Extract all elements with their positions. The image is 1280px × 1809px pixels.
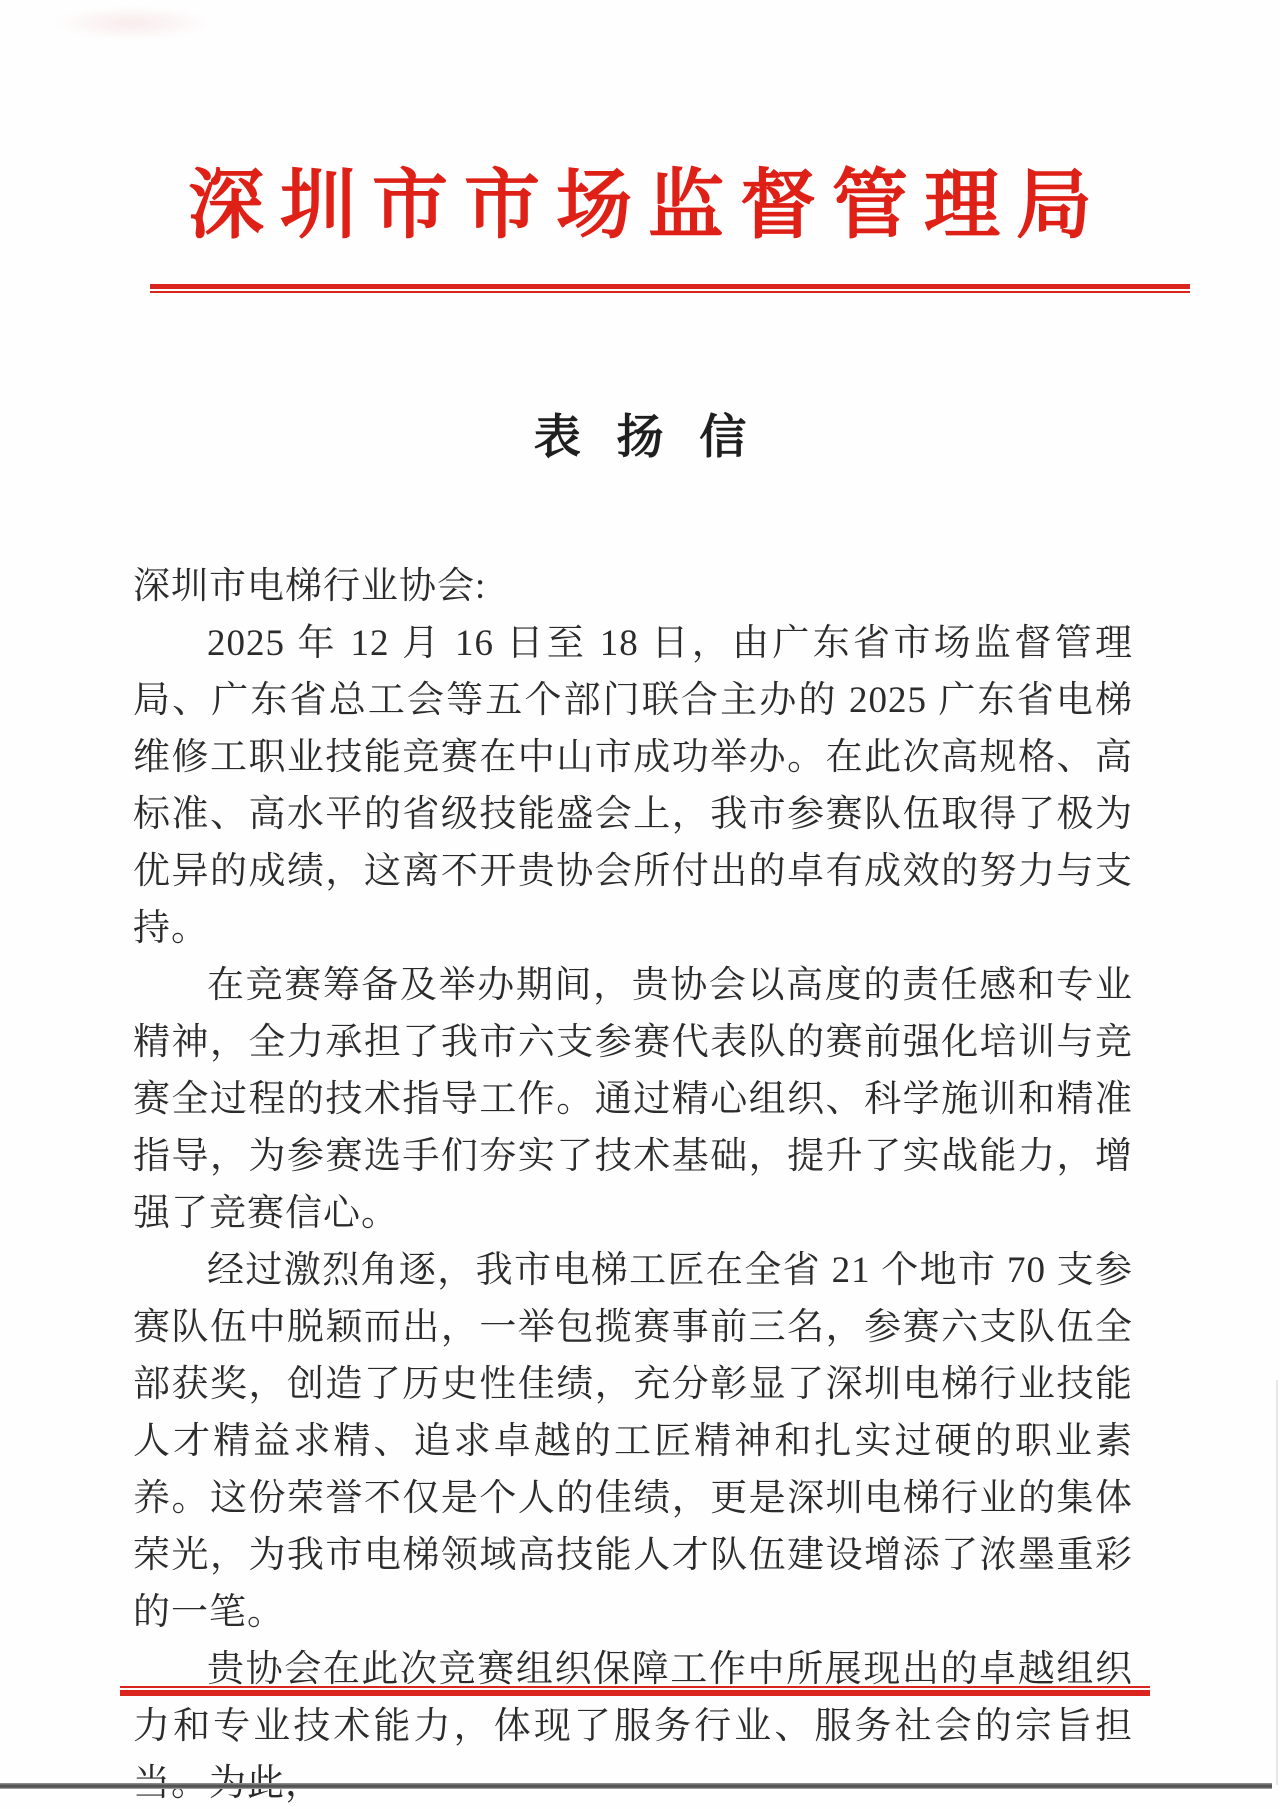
letter-body: 深圳市电梯行业协会: 2025 年 12 月 16 日至 18 日，由广东省市场…: [133, 558, 1133, 1809]
letter-paragraph: 2025 年 12 月 16 日至 18 日，由广东省市场监督管理局、广东省总工…: [133, 615, 1133, 957]
letter-page: 深圳市市场监督管理局 表 扬 信 深圳市电梯行业协会: 2025 年 12 月 …: [0, 0, 1280, 1809]
letter-paragraph: 在竞赛筹备及举办期间，贵协会以高度的责任感和专业精神，全力承担了我市六支参赛代表…: [133, 957, 1133, 1242]
footer-double-rule: [120, 1686, 1150, 1696]
scanned-page-bottom-edge: [0, 1783, 1272, 1789]
letter-title: 表 扬 信: [0, 413, 1280, 465]
footer-rule-thick: [120, 1690, 1150, 1696]
scan-artifact-smudge: [52, 6, 212, 40]
letter-paragraph: 经过激烈角逐，我市电梯工匠在全省 21 个地市 70 支参赛队伍中脱颖而出，一举…: [133, 1242, 1133, 1641]
letter-salutation: 深圳市电梯行业协会:: [133, 558, 1133, 615]
letterhead-rule-thin: [150, 291, 1190, 293]
scanned-page-right-edge: [1276, 1380, 1278, 1785]
letterhead-double-rule: [150, 284, 1190, 293]
